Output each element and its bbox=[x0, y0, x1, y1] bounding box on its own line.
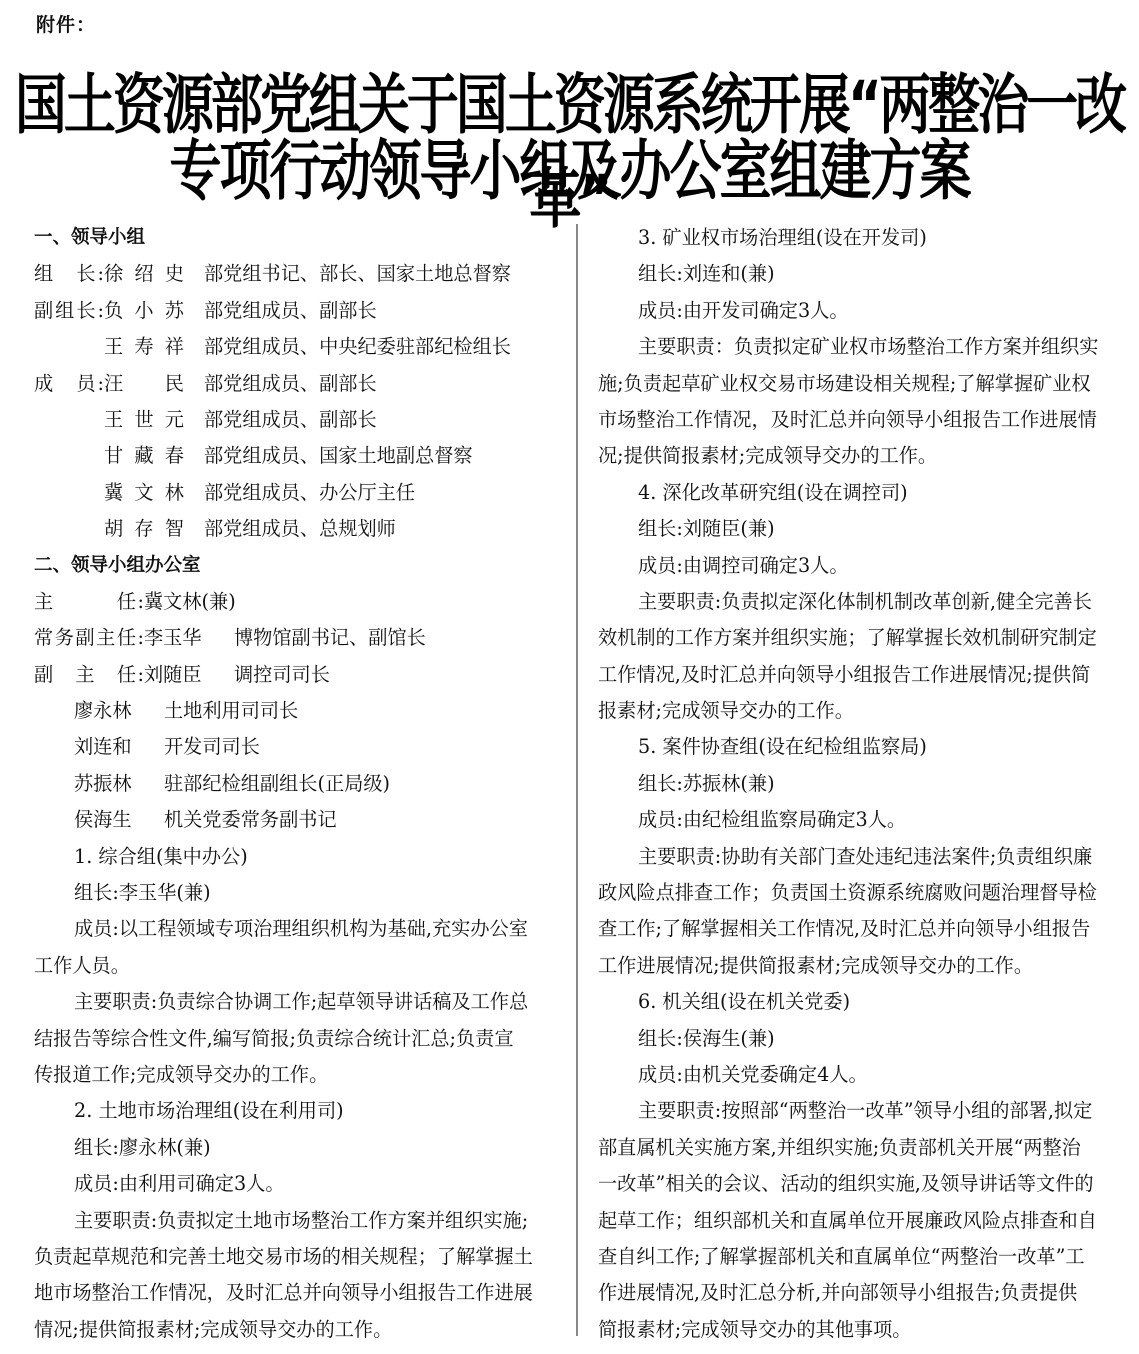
group-duties-cont: 情况;提供简报素材;完成领导交办的工作。 bbox=[34, 1312, 564, 1348]
group-duties-cont: 工作情况,及时汇总并向领导小组报告工作进展情况;提供简 bbox=[598, 657, 1122, 693]
column-divider bbox=[576, 224, 578, 1336]
group-duties-cont: 部直属机关实施方案,并组织实施;负责部机关开展“两整治 bbox=[598, 1130, 1122, 1166]
leader-row: 冀文林部党组成员、办公厅主任 bbox=[34, 475, 564, 511]
group-leader: 组长:刘连和(兼) bbox=[598, 256, 1122, 292]
group-duties-cont: 报素材;完成领导交办的工作。 bbox=[598, 693, 1122, 729]
role-label: 组 长: bbox=[34, 256, 104, 292]
person-name: 廖永林 bbox=[74, 693, 144, 729]
person-duty: 机关党委常务副书记 bbox=[164, 802, 337, 838]
role-label: 常务副主任: bbox=[34, 620, 144, 656]
role-label: 主 任: bbox=[34, 584, 144, 620]
office-exec-deputy-row: 常务副主任:李玉华博物馆副书记、副馆长 bbox=[34, 620, 564, 656]
group-duties: 主要职责:按照部“两整治一改革”领导小组的部署,拟定 bbox=[598, 1093, 1122, 1129]
person-duty: 部党组成员、中央纪委驻部纪检组长 bbox=[204, 329, 511, 365]
group-title: 4. 深化改革研究组(设在调控司) bbox=[598, 475, 1122, 511]
person-name: 甘藏春 bbox=[104, 438, 184, 474]
group-title: 2. 土地市场治理组(设在利用司) bbox=[34, 1093, 564, 1129]
group-title: 6. 机关组(设在机关党委) bbox=[598, 984, 1122, 1020]
office-deputy-row: 廖永林土地利用司司长 bbox=[34, 693, 564, 729]
group-members: 成员:由纪检组监察局确定3人。 bbox=[598, 802, 1122, 838]
section-heading-leadership: 一、领导小组 bbox=[34, 220, 564, 256]
group-members: 成员:由机关党委确定4人。 bbox=[598, 1057, 1122, 1093]
group-duties-cont: 结报告等综合性文件,编写简报;负责综合统计汇总;负责宣 bbox=[34, 1021, 564, 1057]
group-duties: 主要职责:负责拟定土地市场整治工作方案并组织实施; bbox=[34, 1203, 564, 1239]
role-label: 副组长: bbox=[34, 293, 104, 329]
person-duty: 部党组成员、办公厅主任 bbox=[204, 475, 415, 511]
group-title: 3. 矿业权市场治理组(设在开发司) bbox=[598, 220, 1122, 256]
group-duties-cont: 况;提供简报素材;完成领导交办的工作。 bbox=[598, 438, 1122, 474]
person-name: 汪 民 bbox=[104, 366, 184, 402]
left-column: 一、领导小组 组 长:徐绍史部党组书记、部长、国家土地总督察 副组长:负小苏部党… bbox=[34, 220, 564, 1348]
group-duties-cont: 作进展情况,及时汇总分析,并向部领导小组报告;负责提供 bbox=[598, 1275, 1122, 1311]
group-duties-cont: 传报道工作;完成领导交办的工作。 bbox=[34, 1057, 564, 1093]
person-duty: 部党组成员、副部长 bbox=[204, 402, 377, 438]
group-duties-cont: 负责起草规范和完善土地交易市场的相关规程；了解掌握土 bbox=[34, 1239, 564, 1275]
leader-row: 副组长:负小苏部党组成员、副部长 bbox=[34, 293, 564, 329]
group-leader: 组长:李玉华(兼) bbox=[34, 875, 564, 911]
office-director-row: 主 任:冀文林(兼) bbox=[34, 584, 564, 620]
group-duties-cont: 一改革”相关的会议、活动的组织实施,及领导讲话等文件的 bbox=[598, 1166, 1122, 1202]
group-duties-cont: 起草工作；组织部机关和直属单位开展廉政风险点排查和自 bbox=[598, 1203, 1122, 1239]
leader-row: 王寿祥部党组成员、中央纪委驻部纪检组长 bbox=[34, 329, 564, 365]
leader-row: 组 长:徐绍史部党组书记、部长、国家土地总督察 bbox=[34, 256, 564, 292]
leader-row: 胡存智部党组成员、总规划师 bbox=[34, 511, 564, 547]
person-duty: 博物馆副书记、副馆长 bbox=[234, 620, 426, 656]
document-title-line2: 专项行动领导小组及办公室组建方案 bbox=[0, 118, 1139, 212]
group-duties-cont: 效机制的工作方案并组织实施；了解掌握长效机制研究制定 bbox=[598, 620, 1122, 656]
leader-row: 成 员:汪 民部党组成员、副部长 bbox=[34, 366, 564, 402]
person-duty: 部党组成员、副部长 bbox=[204, 366, 377, 402]
person-name: 徐绍史 bbox=[104, 256, 184, 292]
group-duties: 主要职责:协助有关部门查处违纪违法案件;负责组织廉 bbox=[598, 839, 1122, 875]
person-name: 胡存智 bbox=[104, 511, 184, 547]
group-duties: 主要职责:负责综合协调工作;起草领导讲话稿及工作总 bbox=[34, 984, 564, 1020]
office-deputy-row: 副 主 任:刘随臣调控司司长 bbox=[34, 657, 564, 693]
group-members: 成员:由开发司确定3人。 bbox=[598, 293, 1122, 329]
group-members: 成员:以工程领域专项治理组织机构为基础,充实办公室 bbox=[34, 911, 564, 947]
person-name: 冀文林(兼) bbox=[144, 590, 236, 613]
right-column: 3. 矿业权市场治理组(设在开发司) 组长:刘连和(兼) 成员:由开发司确定3人… bbox=[598, 220, 1122, 1348]
group-duties-cont: 查工作;了解掌握相关工作情况,及时汇总并向领导小组报告 bbox=[598, 911, 1122, 947]
group-duties-cont: 工作进展情况;提供简报素材;完成领导交办的工作。 bbox=[598, 948, 1122, 984]
role-label: 成 员: bbox=[34, 366, 104, 402]
person-duty: 部党组书记、部长、国家土地总督察 bbox=[204, 256, 511, 292]
person-name: 刘连和 bbox=[74, 729, 144, 765]
group-title: 5. 案件协查组(设在纪检组监察局) bbox=[598, 729, 1122, 765]
person-name: 刘随臣 bbox=[144, 657, 214, 693]
group-duties-cont: 地市场整治工作情况，及时汇总并向领导小组报告工作进展 bbox=[34, 1275, 564, 1311]
attachment-label: 附件： bbox=[36, 10, 96, 37]
group-duties-cont: 政风险点排查工作；负责国土资源系统腐败问题治理督导检 bbox=[598, 875, 1122, 911]
person-name: 王寿祥 bbox=[104, 329, 184, 365]
person-name: 李玉华 bbox=[144, 620, 214, 656]
person-duty: 部党组成员、总规划师 bbox=[204, 511, 396, 547]
group-duties: 主要职责:负责拟定深化体制机制改革创新,健全完善长 bbox=[598, 584, 1122, 620]
group-members-cont: 工作人员。 bbox=[34, 948, 564, 984]
leader-row: 甘藏春部党组成员、国家土地副总督察 bbox=[34, 438, 564, 474]
person-name: 冀文林 bbox=[104, 475, 184, 511]
person-duty: 开发司司长 bbox=[164, 729, 260, 765]
person-duty: 驻部纪检组副组长(正局级) bbox=[164, 766, 390, 802]
person-name: 苏振林 bbox=[74, 766, 144, 802]
group-duties-cont: 施;负责起草矿业权交易市场建设相关规程;了解掌握矿业权 bbox=[598, 366, 1122, 402]
person-duty: 土地利用司司长 bbox=[164, 693, 298, 729]
person-duty: 部党组成员、副部长 bbox=[204, 293, 377, 329]
office-deputy-row: 刘连和开发司司长 bbox=[34, 729, 564, 765]
group-members: 成员:由利用司确定3人。 bbox=[34, 1166, 564, 1202]
group-duties-cont: 市场整治工作情况，及时汇总并向领导小组报告工作进展情 bbox=[598, 402, 1122, 438]
person-duty: 部党组成员、国家土地副总督察 bbox=[204, 438, 473, 474]
office-deputy-row: 侯海生机关党委常务副书记 bbox=[34, 802, 564, 838]
leader-row: 王世元部党组成员、副部长 bbox=[34, 402, 564, 438]
office-deputy-row: 苏振林驻部纪检组副组长(正局级) bbox=[34, 766, 564, 802]
group-leader: 组长:廖永林(兼) bbox=[34, 1130, 564, 1166]
person-name: 王世元 bbox=[104, 402, 184, 438]
group-duties-cont: 查自纠工作;了解掌握部机关和直属单位“两整治一改革”工 bbox=[598, 1239, 1122, 1275]
role-label: 副 主 任: bbox=[34, 657, 144, 693]
person-name: 负小苏 bbox=[104, 293, 184, 329]
person-duty: 调控司司长 bbox=[234, 657, 330, 693]
group-members: 成员:由调控司确定3人。 bbox=[598, 548, 1122, 584]
section-heading-office: 二、领导小组办公室 bbox=[34, 548, 564, 584]
group-duties: 主要职责：负责拟定矿业权市场整治工作方案并组织实 bbox=[598, 329, 1122, 365]
group-duties-cont: 简报素材;完成领导交办的其他事项。 bbox=[598, 1312, 1122, 1348]
group-leader: 组长:刘随臣(兼) bbox=[598, 511, 1122, 547]
group-title: 1. 综合组(集中办公) bbox=[34, 839, 564, 875]
person-name: 侯海生 bbox=[74, 802, 144, 838]
group-leader: 组长:苏振林(兼) bbox=[598, 766, 1122, 802]
group-leader: 组长:侯海生(兼) bbox=[598, 1021, 1122, 1057]
